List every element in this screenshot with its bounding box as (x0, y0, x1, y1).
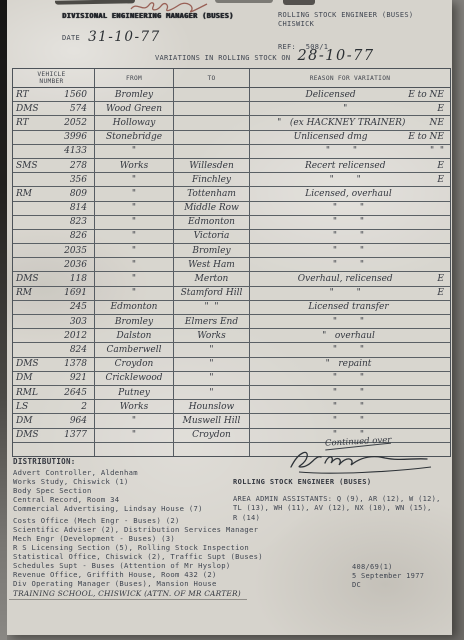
table-body: RT 1560 Bromley Delicensed E to NE D (13, 88, 450, 456)
vehicle-number: 826 (70, 231, 87, 241)
table-row: RML 2645 Putney " " " (13, 386, 450, 400)
paper-sheet: DIVISIONAL ENGINEERING MANAGER (BUSES) R… (7, 0, 452, 635)
reason-text: " " (253, 231, 444, 241)
status-annotation: E (437, 288, 447, 298)
from-cell: Dalston (95, 329, 174, 342)
vehicle-number-cell: RM 809 (13, 187, 95, 200)
table-row: DM 964 " Muswell Hill " " (13, 414, 450, 428)
from-cell: " (95, 187, 174, 200)
reason-text: " " (253, 402, 444, 412)
to-office: ROLLING STOCK ENGINEER (BUSES) (278, 11, 413, 20)
reason-text: " " (253, 288, 437, 298)
vehicle-number-cell: DMS 1377 (13, 429, 95, 442)
status-annotation: NE (430, 118, 447, 128)
reason-cell: " E (250, 102, 450, 115)
from-cell: Works (95, 159, 174, 172)
training-school-note: TRAINING SCHOOL, CHISWICK (ATTN. OF MR C… (13, 589, 325, 598)
distribution-list: Advert Controller, Aldenham Works Study,… (13, 468, 325, 588)
reason-cell: " " (250, 343, 450, 356)
distribution-line: Body Spec Section (13, 486, 325, 495)
vehicle-prefix: DMS (16, 359, 39, 369)
vehicle-number: 809 (70, 189, 87, 199)
vehicle-number: 814 (70, 203, 87, 213)
vehicle-number-cell: RML 2645 (13, 386, 95, 399)
to-cell (174, 88, 250, 101)
header-vehicle-line1: VEHICLE (37, 71, 65, 78)
from-cell: " (95, 145, 174, 158)
admin-assistants: AREA ADMIN ASSISTANTS: Q (9), AR (12), W… (233, 495, 459, 523)
vehicle-number-cell: 2035 (13, 244, 95, 257)
header-vehicle-line2: NUMBER (39, 78, 63, 85)
status-annotation: E to NE (408, 132, 447, 142)
from-cell: Holloway (95, 116, 174, 129)
reason-cell: " " " " (250, 145, 450, 158)
from-cell: " (95, 216, 174, 229)
status-annotation: E (437, 104, 447, 114)
vehicle-number: 1691 (64, 288, 87, 298)
header-from-label: FROM (126, 75, 142, 82)
reason-cell: Unlicensed dmg E to NE (250, 131, 450, 144)
reason-cell: " (ex HACKNEY TRAINER) NE (250, 116, 450, 129)
to-cell: Hounslow (174, 400, 250, 413)
vehicle-number-cell: DMS 1378 (13, 358, 95, 371)
vehicle-prefix: DM (16, 416, 32, 426)
vehicle-number-cell: 2036 (13, 258, 95, 271)
reason-cell: Licensed transfer (250, 301, 450, 314)
reason-cell: " " E (250, 173, 450, 186)
reason-text: " " (253, 345, 444, 355)
to-cell: Willesden (174, 159, 250, 172)
from-cell: Croydon (95, 358, 174, 371)
header-vehicle-number: VEHICLE NUMBER (13, 69, 95, 87)
vehicle-number-cell: SMS 278 (13, 159, 95, 172)
to-cell (174, 102, 250, 115)
admin-assistants-line: R (14) (233, 514, 459, 523)
table-row: 823 " Edmonton " " (13, 216, 450, 230)
to-cell: " " (174, 301, 250, 314)
from-cell: " (95, 414, 174, 427)
reason-cell: " " (250, 315, 450, 328)
to-cell: Edmonton (174, 216, 250, 229)
status-annotation: E (437, 175, 447, 185)
vehicle-number-cell: RM 1691 (13, 287, 95, 300)
to-cell: Victoria (174, 230, 250, 243)
from-cell: " (95, 429, 174, 442)
reason-text: " " (253, 246, 444, 256)
from-cell: Bromley (95, 315, 174, 328)
distribution-line: R S Licensing Section (5), Rolling Stock… (13, 543, 325, 552)
reason-cell: " " (250, 244, 450, 257)
vehicle-prefix: DMS (16, 274, 39, 284)
from-cell: Cricklewood (95, 372, 174, 385)
vehicle-number-cell: DMS 118 (13, 272, 95, 285)
distribution-line: Scientific Adviser (2), Distribution Ser… (13, 525, 325, 534)
vehicle-number-cell: 824 (13, 343, 95, 356)
table-row: 3996 Stonebridge Unlicensed dmg E to NE (13, 131, 450, 145)
vehicle-number-cell: DM 964 (13, 414, 95, 427)
table-row: DMS 1378 Croydon " " repaint (13, 358, 450, 372)
reason-text: " " (253, 175, 437, 185)
reason-text: " " (253, 260, 444, 270)
to-cell: Tottenham (174, 187, 250, 200)
vehicle-prefix: LS (16, 402, 28, 412)
vehicle-number-cell: 814 (13, 202, 95, 215)
vehicle-number-cell: RT 2052 (13, 116, 95, 129)
date-row: DATE 31-10-77 (62, 29, 161, 45)
to-cell: Muswell Hill (174, 414, 250, 427)
vehicle-number-cell (13, 443, 95, 456)
admin-assistants-line: AREA ADMIN ASSISTANTS: Q (9), AR (12), W… (233, 495, 459, 504)
ink-smudge (55, 0, 135, 5)
table-row: RT 1560 Bromley Delicensed E to NE (13, 88, 450, 102)
document-reference-block: 408/69(1) 5 September 1977 DC (352, 563, 424, 589)
status-annotation: " " (430, 146, 447, 156)
vehicle-number: 2645 (64, 388, 87, 398)
reason-text: " overhaul (253, 331, 444, 341)
from-cell: " (95, 173, 174, 186)
to-cell: Stamford Hill (174, 287, 250, 300)
reason-text: " " (253, 317, 444, 327)
reason-text: Licensed transfer (253, 302, 444, 312)
vehicle-prefix: RM (16, 189, 32, 199)
to-cell (174, 443, 250, 456)
reason-text: " (253, 104, 437, 114)
to-cell (174, 145, 250, 158)
from-cell: " (95, 258, 174, 271)
document-date: 5 September 1977 (352, 572, 424, 581)
vehicle-number: 921 (70, 373, 87, 383)
from-cell: Bromley (95, 88, 174, 101)
scan-edge (0, 0, 7, 640)
table-row: RM 1691 " Stamford Hill " " E (13, 287, 450, 301)
from-cell: Edmonton (95, 301, 174, 314)
reason-text: Recert relicensed (253, 161, 437, 171)
status-annotation: E (437, 161, 447, 171)
reason-cell: " " (250, 216, 450, 229)
paper-crease (9, 599, 247, 600)
reason-cell: Licensed, overhaul (250, 187, 450, 200)
vehicle-number-cell: 826 (13, 230, 95, 243)
status-annotation: E (437, 274, 447, 284)
table-row: SMS 278 Works Willesden Recert relicense… (13, 159, 450, 173)
header-reason: REASON FOR VARIATION (250, 69, 450, 87)
from-cell: Putney (95, 386, 174, 399)
from-cell: " (95, 244, 174, 257)
vehicle-number: 1378 (64, 359, 87, 369)
reason-text: Licensed, overhaul (253, 189, 444, 199)
to-cell: Works (174, 329, 250, 342)
from-cell: " (95, 272, 174, 285)
distribution-line: Div Operating Manager (Buses), Mansion H… (13, 579, 325, 588)
from-cell: Wood Green (95, 102, 174, 115)
vehicle-prefix: DMS (16, 104, 39, 114)
page-title: VARIATIONS IN ROLLING STOCK ON (155, 54, 290, 62)
reason-cell: " " (250, 230, 450, 243)
reason-text: " " (253, 203, 444, 213)
admin-assistants-line: TL (13), WH (11), AV (12), NX (10), WN (… (233, 504, 459, 513)
reason-text: " repaint (253, 359, 444, 369)
ink-smudge (215, 0, 273, 3)
to-cell (174, 131, 250, 144)
vehicle-prefix: RT (16, 118, 29, 128)
vehicle-number: 2012 (64, 331, 87, 341)
title-date: 28-10-77 (297, 48, 374, 64)
table-row: DM 921 Cricklewood " " " (13, 372, 450, 386)
header-to-label: TO (207, 75, 215, 82)
to-cell: " (174, 358, 250, 371)
vehicle-number: 303 (70, 317, 87, 327)
vehicle-number-cell: 3996 (13, 131, 95, 144)
header-reason-label: REASON FOR VARIATION (310, 75, 391, 82)
table-row: 814 " Middle Row " " (13, 202, 450, 216)
reason-text: " " (253, 217, 444, 227)
vehicle-number-cell: DMS 574 (13, 102, 95, 115)
typist-initials: DC (352, 581, 424, 590)
vehicle-number-cell: 245 (13, 301, 95, 314)
signature (281, 445, 436, 475)
distribution-line: Schedules Supt - Buses (Attention of Mr … (13, 561, 325, 570)
vehicle-prefix: RT (16, 90, 29, 100)
title-row: VARIATIONS IN ROLLING STOCK ON 28-10-77 (155, 48, 375, 64)
from-cell: Camberwell (95, 343, 174, 356)
vehicle-number: 2 (81, 402, 87, 412)
table-row: 245 Edmonton " " Licensed transfer (13, 301, 450, 315)
reason-cell: " " (250, 258, 450, 271)
reason-text: " " (253, 416, 444, 426)
from-cell: Works (95, 400, 174, 413)
document-reference: 408/69(1) (352, 563, 424, 572)
to-cell: West Ham (174, 258, 250, 271)
reason-text: " " (253, 146, 430, 156)
table-row: RT 2052 Holloway " (ex HACKNEY TRAINER) … (13, 116, 450, 130)
reason-cell: " " (250, 414, 450, 427)
table-row: 356 " Finchley " " E (13, 173, 450, 187)
reason-cell: " " E (250, 287, 450, 300)
vehicle-number: 964 (70, 416, 87, 426)
to-cell: " (174, 386, 250, 399)
from-cell: " (95, 230, 174, 243)
vehicle-number: 823 (70, 217, 87, 227)
table-row: 826 " Victoria " " (13, 230, 450, 244)
reason-cell: " " (250, 202, 450, 215)
reason-text: " (ex HACKNEY TRAINER) (253, 118, 430, 128)
vehicle-number-cell: 823 (13, 216, 95, 229)
vehicle-number: 4133 (64, 146, 87, 156)
date-value: 31-10-77 (88, 29, 161, 45)
vehicle-number: 3996 (64, 132, 87, 142)
to-cell: Croydon (174, 429, 250, 442)
table-row: DMS 118 " Merton Overhaul, relicensed E (13, 272, 450, 286)
vehicle-number: 2052 (64, 118, 87, 128)
table-row: RM 809 " Tottenham Licensed, overhaul (13, 187, 450, 201)
vehicle-number-cell: RT 1560 (13, 88, 95, 101)
reason-text: " " (253, 373, 444, 383)
vehicle-number: 574 (70, 104, 87, 114)
table-row: 4133 " " " " " (13, 145, 450, 159)
vehicle-number: 2036 (64, 260, 87, 270)
vehicle-number-cell: 356 (13, 173, 95, 186)
reason-text: Overhaul, relicensed (253, 274, 437, 284)
to-cell (174, 116, 250, 129)
to-cell: Elmers End (174, 315, 250, 328)
reason-text: " " (253, 388, 444, 398)
to-cell: " (174, 343, 250, 356)
table-row: DMS 574 Wood Green " E (13, 102, 450, 116)
vehicle-prefix: RML (16, 388, 38, 398)
reason-cell: Delicensed E to NE (250, 88, 450, 101)
date-label: DATE (62, 34, 80, 42)
from-cell (95, 443, 174, 456)
table-row: 2036 " West Ham " " (13, 258, 450, 272)
to-cell: Merton (174, 272, 250, 285)
vehicle-number: 278 (70, 161, 87, 171)
to-cell: " (174, 372, 250, 385)
header-from: FROM (95, 69, 174, 87)
ink-smudge (283, 0, 315, 5)
signature-title: ROLLING STOCK ENGINEER (BUSES) (233, 478, 371, 486)
vehicle-prefix: DM (16, 373, 32, 383)
from-office: DIVISIONAL ENGINEERING MANAGER (BUSES) (62, 12, 277, 20)
to-cell: Finchley (174, 173, 250, 186)
vehicle-number: 824 (70, 345, 87, 355)
distribution-line: Statistical Office, Chiswick (2), Traffi… (13, 552, 325, 561)
from-cell: " (95, 287, 174, 300)
to-cell: Middle Row (174, 202, 250, 215)
to-office-block: ROLLING STOCK ENGINEER (BUSES) CHISWICK (278, 11, 413, 29)
vehicle-number: 118 (70, 274, 87, 284)
reason-cell: " " (250, 372, 450, 385)
from-cell: " (95, 202, 174, 215)
distribution-line: Revenue Office, Griffith House, Room 432… (13, 570, 325, 579)
reason-cell: " repaint (250, 358, 450, 371)
vehicle-prefix: SMS (16, 161, 38, 171)
table-row: 2035 " Bromley " " (13, 244, 450, 258)
vehicle-number: 2035 (64, 246, 87, 256)
table-header-row: VEHICLE NUMBER FROM TO REASON FOR VARIAT… (13, 69, 450, 88)
table-row: 303 Bromley Elmers End " " (13, 315, 450, 329)
reason-text: Unlicensed dmg (253, 132, 408, 142)
variations-table: VEHICLE NUMBER FROM TO REASON FOR VARIAT… (12, 68, 451, 457)
reason-cell: " " (250, 386, 450, 399)
vehicle-number: 1560 (64, 90, 87, 100)
vehicle-prefix: DMS (16, 430, 39, 440)
reason-cell: Recert relicensed E (250, 159, 450, 172)
to-cell: Bromley (174, 244, 250, 257)
reason-cell: " overhaul (250, 329, 450, 342)
from-cell: Stonebridge (95, 131, 174, 144)
reason-cell: Overhaul, relicensed E (250, 272, 450, 285)
distribution-line: Advert Controller, Aldenham (13, 468, 325, 477)
vehicle-number: 245 (70, 302, 87, 312)
status-annotation: E to NE (408, 90, 447, 100)
table-row: LS 2 Works Hounslow " " (13, 400, 450, 414)
vehicle-number-cell: 4133 (13, 145, 95, 158)
vehicle-number: 1377 (64, 430, 87, 440)
to-location: CHISWICK (278, 20, 413, 29)
vehicle-number-cell: LS 2 (13, 400, 95, 413)
vehicle-number-cell: DM 921 (13, 372, 95, 385)
vehicle-prefix: RM (16, 288, 32, 298)
header-to: TO (174, 69, 250, 87)
reason-text: Delicensed (253, 90, 408, 100)
table-row: 824 Camberwell " " " (13, 343, 450, 357)
table-row: 2012 Dalston Works " overhaul (13, 329, 450, 343)
distribution-line: Mech Engr (Development - Buses) (3) (13, 534, 325, 543)
distribution-heading: DISTRIBUTION: (13, 457, 325, 466)
reason-cell: " " (250, 400, 450, 413)
vehicle-number: 356 (70, 175, 87, 185)
vehicle-number-cell: 303 (13, 315, 95, 328)
vehicle-number-cell: 2012 (13, 329, 95, 342)
